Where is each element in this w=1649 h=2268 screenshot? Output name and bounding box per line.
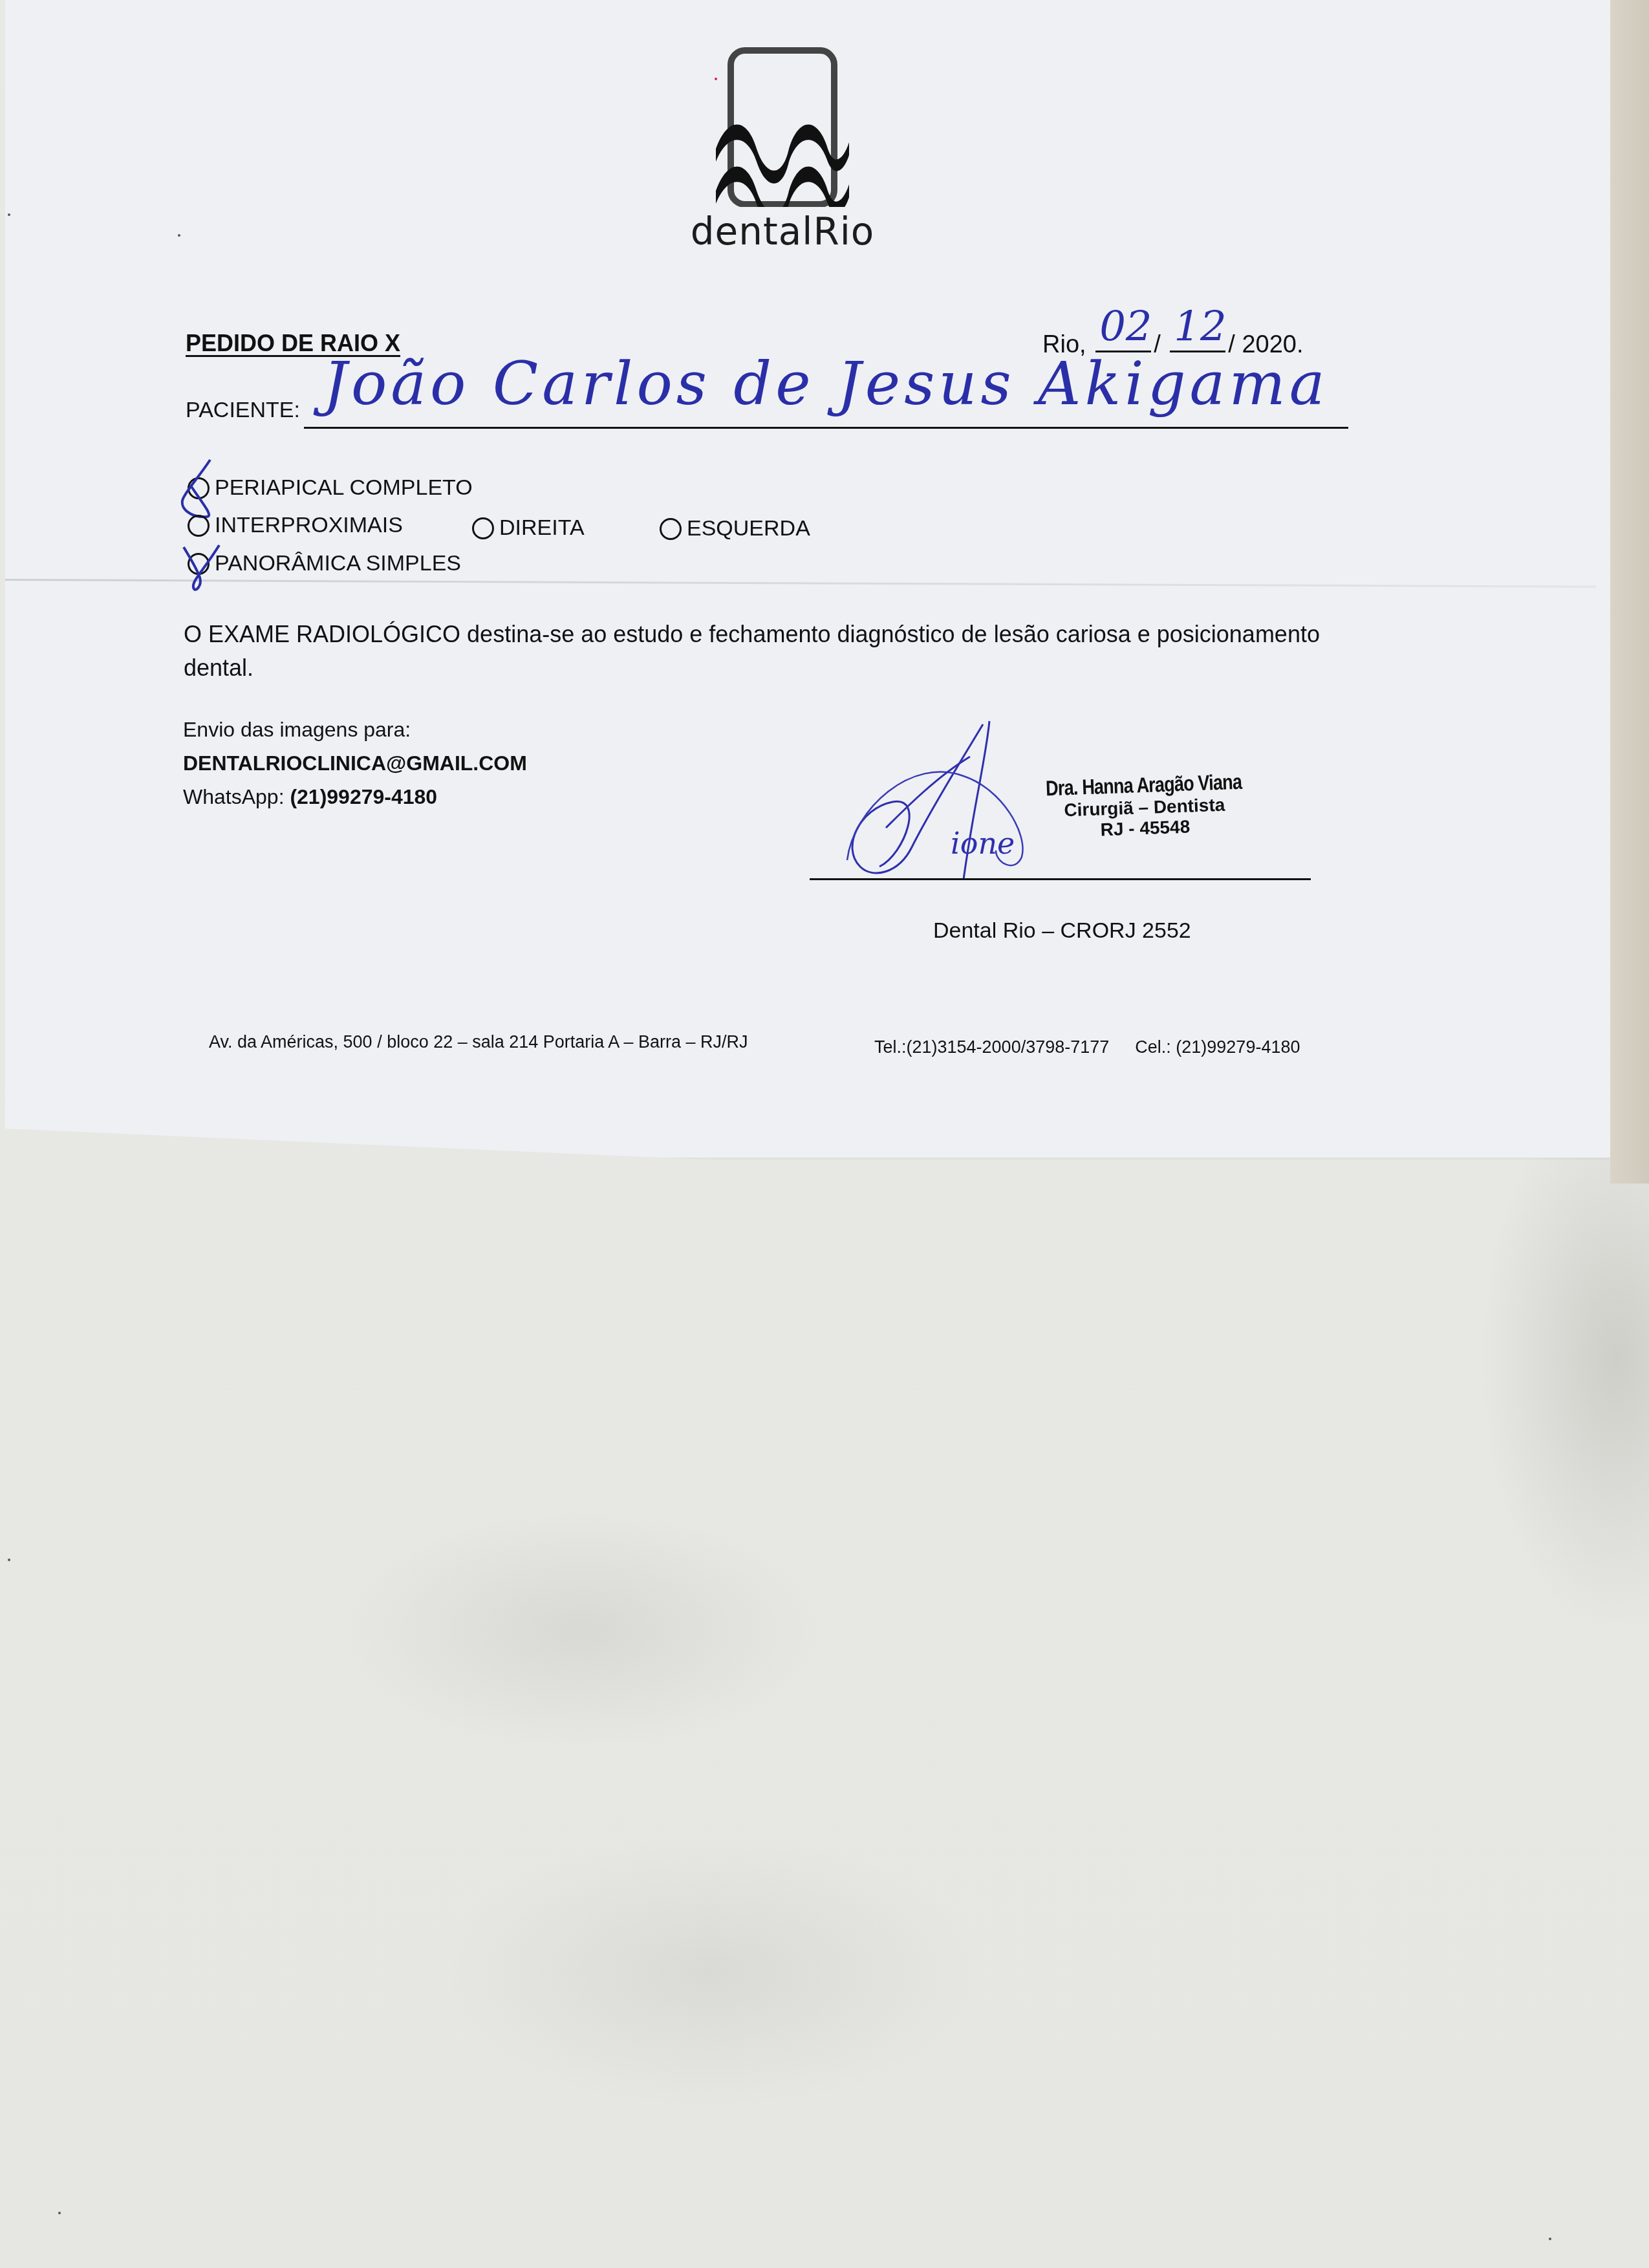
footer-phones: Tel.:(21)3154-2000/3798-7177Cel.: (21)99… <box>874 1037 1300 1057</box>
radio-unchecked[interactable] <box>472 517 494 539</box>
signature-line <box>810 878 1311 880</box>
svg-text:ione: ione <box>951 826 1015 861</box>
option-label: DIREITA <box>499 515 585 541</box>
option-direita[interactable]: DIREITA <box>472 515 585 541</box>
patient-label: PACIENTE: <box>186 398 300 423</box>
radio-unchecked[interactable] <box>660 518 682 540</box>
date-day-value: 02 <box>1099 307 1152 348</box>
handwritten-check-icon <box>178 460 223 518</box>
patient-field-line[interactable] <box>304 427 1348 429</box>
whatsapp-label: WhatsApp: <box>183 785 285 808</box>
option-label: ESQUERDA <box>687 516 810 541</box>
scan-speck <box>8 213 10 216</box>
scanner-edge <box>1610 0 1649 1183</box>
contact-intro: Envio das imagens para: <box>183 713 527 746</box>
option-periapical-completo[interactable]: PERIAPICAL COMPLETO <box>188 475 473 501</box>
scan-speck <box>58 2212 61 2214</box>
option-label: PERIAPICAL COMPLETO <box>215 475 473 501</box>
contact-email[interactable]: DENTALRIOCLINICA@GMAIL.COM <box>183 751 527 775</box>
brand-name: dentalRio <box>685 210 879 254</box>
footer-cell: Cel.: (21)99279-4180 <box>1135 1037 1300 1057</box>
clinic-registration: Dental Rio – CRORJ 2552 <box>933 918 1191 944</box>
option-label: INTERPROXIMAIS <box>215 513 403 538</box>
doctor-stamp: Dra. Hanna Aragão Viana Cirurgiã – Denti… <box>1024 769 1265 843</box>
scan-speck <box>8 1559 10 1561</box>
radio-unchecked[interactable] <box>188 515 210 537</box>
contact-block: Envio das imagens para: DENTALRIOCLINICA… <box>183 713 527 814</box>
footer-tel: Tel.:(21)3154-2000/3798-7177 <box>874 1037 1109 1057</box>
patient-name-handwritten: João Carlos de Jesus Akigama <box>323 349 1329 418</box>
footer-address: Av. da Américas, 500 / bloco 22 – sala 2… <box>209 1032 748 1052</box>
radio-checked[interactable] <box>188 477 210 499</box>
option-label: PANORÂMICA SIMPLES <box>215 551 461 576</box>
handwritten-check-icon <box>180 542 226 600</box>
scan-speck <box>178 234 180 237</box>
ink-speck <box>715 78 717 80</box>
radio-checked[interactable] <box>188 553 210 575</box>
date-month-value: 12 <box>1174 307 1226 348</box>
whatsapp-number[interactable]: (21)99279-4180 <box>290 785 437 808</box>
option-esquerda[interactable]: ESQUERDA <box>660 516 810 541</box>
option-interproximais[interactable]: INTERPROXIMAIS <box>188 513 403 538</box>
exam-description: O EXAME RADIOLÓGICO destina-se ao estudo… <box>184 618 1367 685</box>
option-panoramica-simples[interactable]: PANORÂMICA SIMPLES <box>188 551 461 576</box>
scan-speck <box>1549 2238 1551 2240</box>
tooth-with-waves-icon <box>708 45 857 207</box>
